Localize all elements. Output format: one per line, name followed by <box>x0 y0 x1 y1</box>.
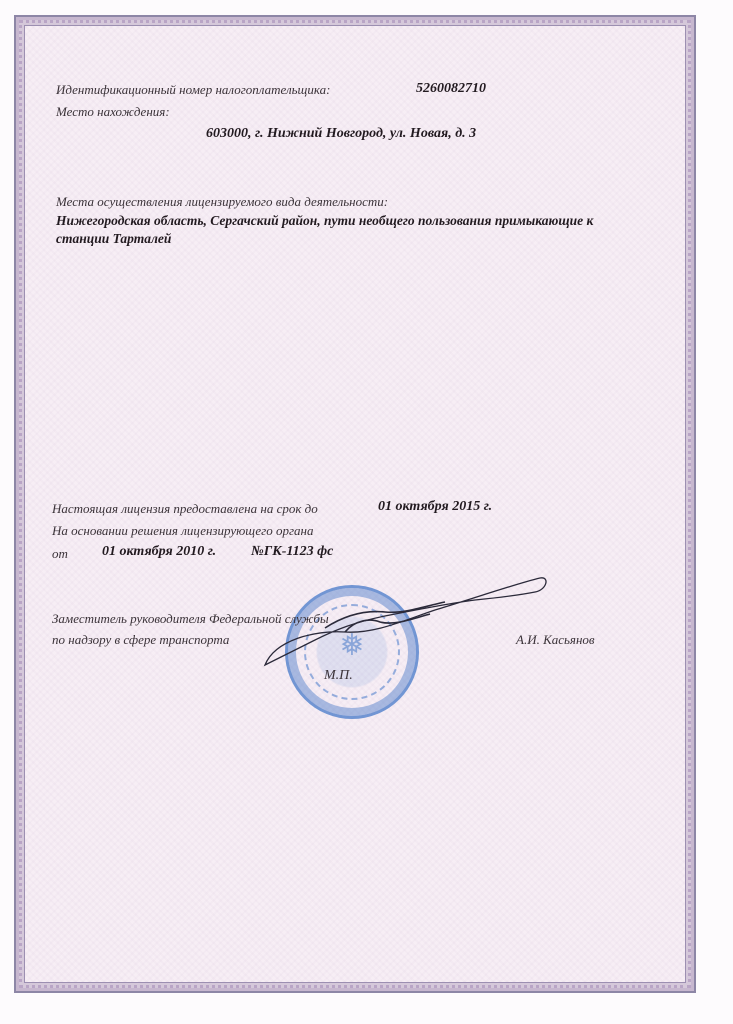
decision-date: 01 октября 2010 г. <box>102 544 216 560</box>
basis-label: На основании решения лицензирующего орга… <box>52 523 314 539</box>
location-label: Место нахождения: <box>56 104 170 120</box>
activity-places-label: Места осуществления лицензируемого вида … <box>56 194 388 210</box>
validity-label: Настоящая лицензия предоставлена на срок… <box>52 501 318 517</box>
decision-number: №ГК-1123 фс <box>251 544 333 560</box>
taxpayer-id-value: 5260082710 <box>416 81 486 97</box>
signature-icon <box>255 570 555 680</box>
from-label: от <box>52 546 68 562</box>
validity-value: 01 октября 2015 г. <box>378 499 492 515</box>
activity-places-line1: Нижегородская область, Сергачский район,… <box>56 213 593 229</box>
activity-places-line2: станции Тарталей <box>56 231 171 247</box>
location-value: 603000, г. Нижний Новгород, ул. Новая, д… <box>206 126 476 142</box>
signatory-title-line2: по надзору в сфере транспорта <box>52 632 229 648</box>
taxpayer-id-label: Идентификационный номер налогоплательщик… <box>56 82 330 98</box>
